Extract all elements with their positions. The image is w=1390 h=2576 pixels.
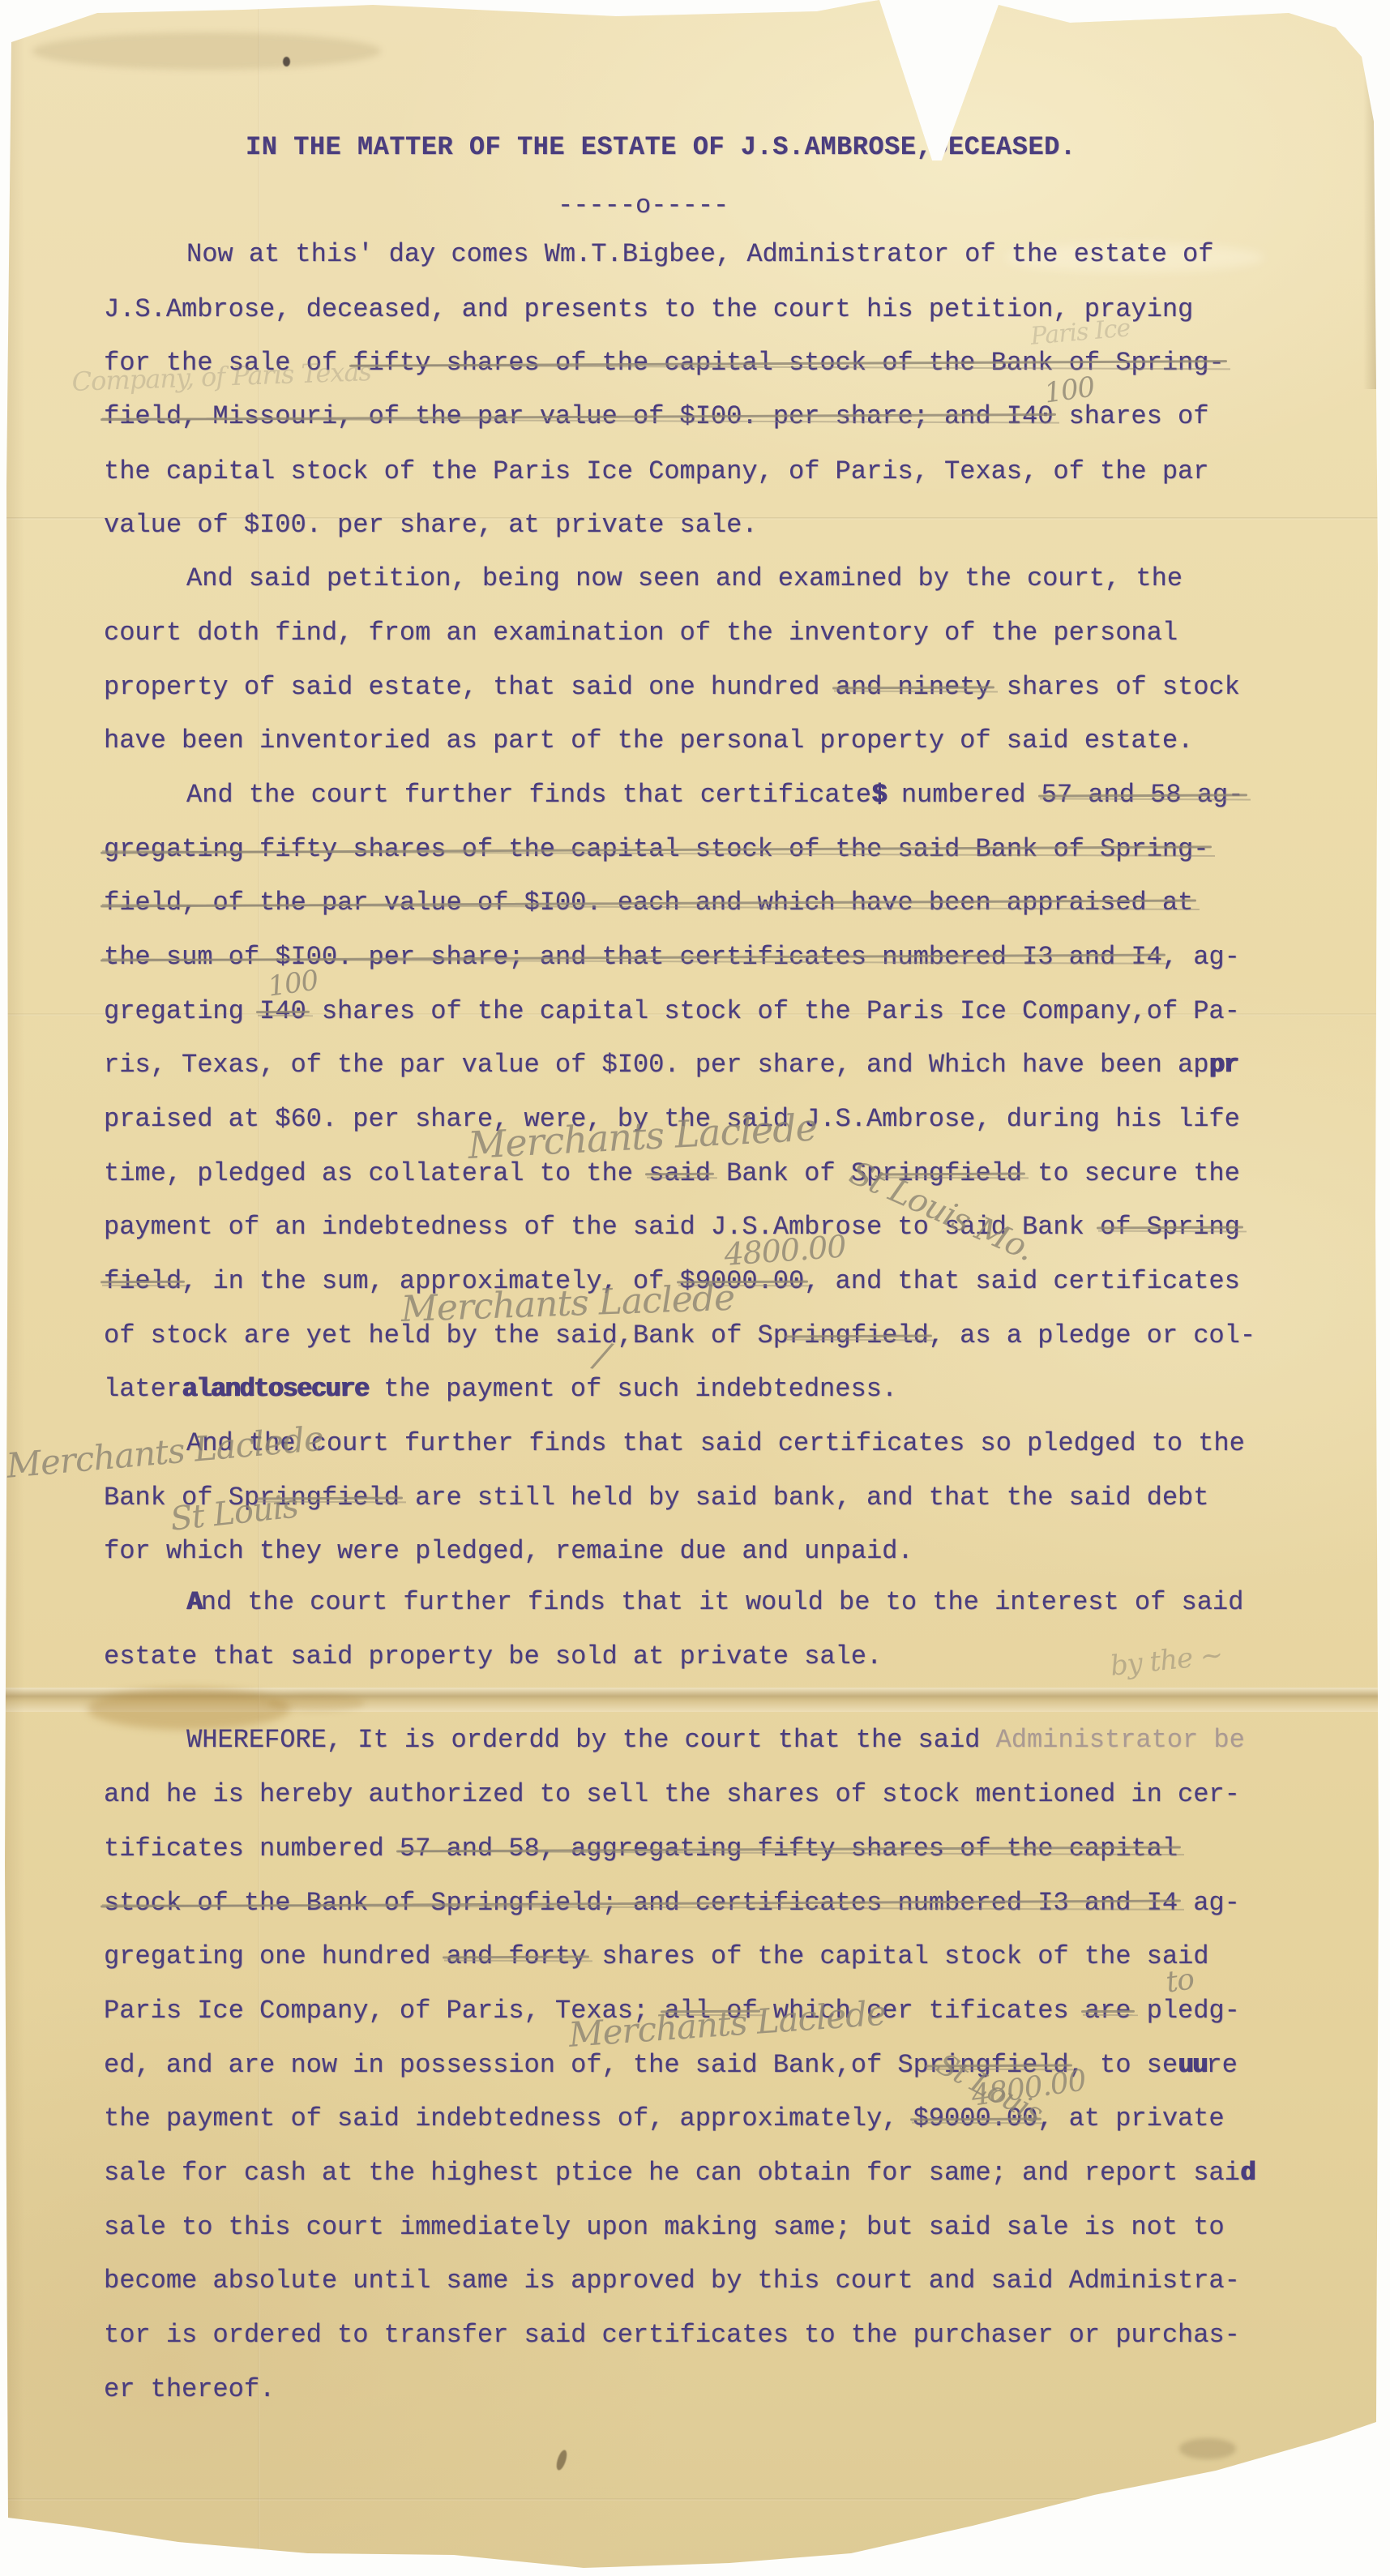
handwritten-annotation: Merchants Laclede	[567, 1993, 887, 2055]
handwritten-annotation: 100	[266, 964, 320, 1003]
handwritten-annotation: to	[1164, 1962, 1196, 1999]
scanned-document-screenshot: IN THE MATTER OF THE ESTATE OF J.S.AMBRO…	[0, 0, 1390, 2576]
handwritten-annotation: 4800.00	[723, 1229, 847, 1273]
handwritten-annotation: /	[592, 1334, 613, 1377]
handwritten-annotation: Paris Ice	[1029, 314, 1131, 351]
handwritten-annotation: by the ~	[1109, 1638, 1224, 1682]
handwritten-annotation: Merchants Laclede	[467, 1105, 818, 1166]
handwritten-annotation: Company, of Paris Texas	[71, 356, 371, 397]
paper-sheet: IN THE MATTER OF THE ESTATE OF J.S.AMBRO…	[0, 0, 1390, 2576]
handwritten-annotation: Merchants Laclede	[400, 1277, 735, 1330]
handwritten-annotation: Merchants Laclede	[5, 1419, 325, 1486]
handwritten-annotation: 100	[1042, 370, 1097, 409]
pencil-annotation-layer: Paris IceCompany, of Paris Texas100100Me…	[0, 0, 1390, 2576]
handwritten-annotation: St Louis	[169, 1487, 300, 1538]
handwritten-annotation: St Louis Mo.	[844, 1154, 1039, 1269]
